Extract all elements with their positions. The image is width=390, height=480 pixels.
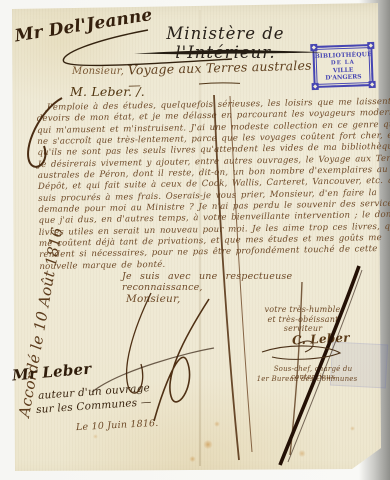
closing-line-1: Je suis avec une respectueuse reconnaiss… (122, 271, 342, 293)
valediction-line-1: votre très-humble (255, 305, 350, 314)
stamp-corner-ornament (369, 81, 376, 88)
scanned-letter: Mr Del'Jeanne Ministère de l'Intérieur. … (0, 0, 390, 480)
foxing-spot (93, 434, 98, 439)
library-stamp: BIBLIOTHÈQUE DE LA VILLE D'ANGERS (312, 44, 373, 88)
header-title: Ministère de l'Intérieur. (118, 24, 333, 62)
foxing-spot (203, 440, 213, 449)
subject-title: Voyage aux Terres australes — (128, 58, 319, 93)
reference-note: M. Leber. /. (70, 84, 145, 99)
foxing-spot (350, 426, 355, 431)
foxing-spot (214, 421, 220, 427)
foxing-spot (298, 450, 306, 457)
salutation: Monsieur, (72, 66, 124, 77)
foxing-spot (189, 456, 196, 462)
signature: C. Leber (292, 330, 350, 347)
closing-line-2: Monsieur, (126, 293, 181, 305)
letter-body: J'emploie à des études, quelquefois séri… (37, 97, 384, 273)
stamp-line-3: VILLE D'ANGERS (315, 66, 371, 82)
signer-title-2: 1er Bureau des Communes (252, 375, 362, 383)
stamp-corner-ornament (310, 44, 317, 51)
stamp-corner-ornament (367, 42, 374, 49)
